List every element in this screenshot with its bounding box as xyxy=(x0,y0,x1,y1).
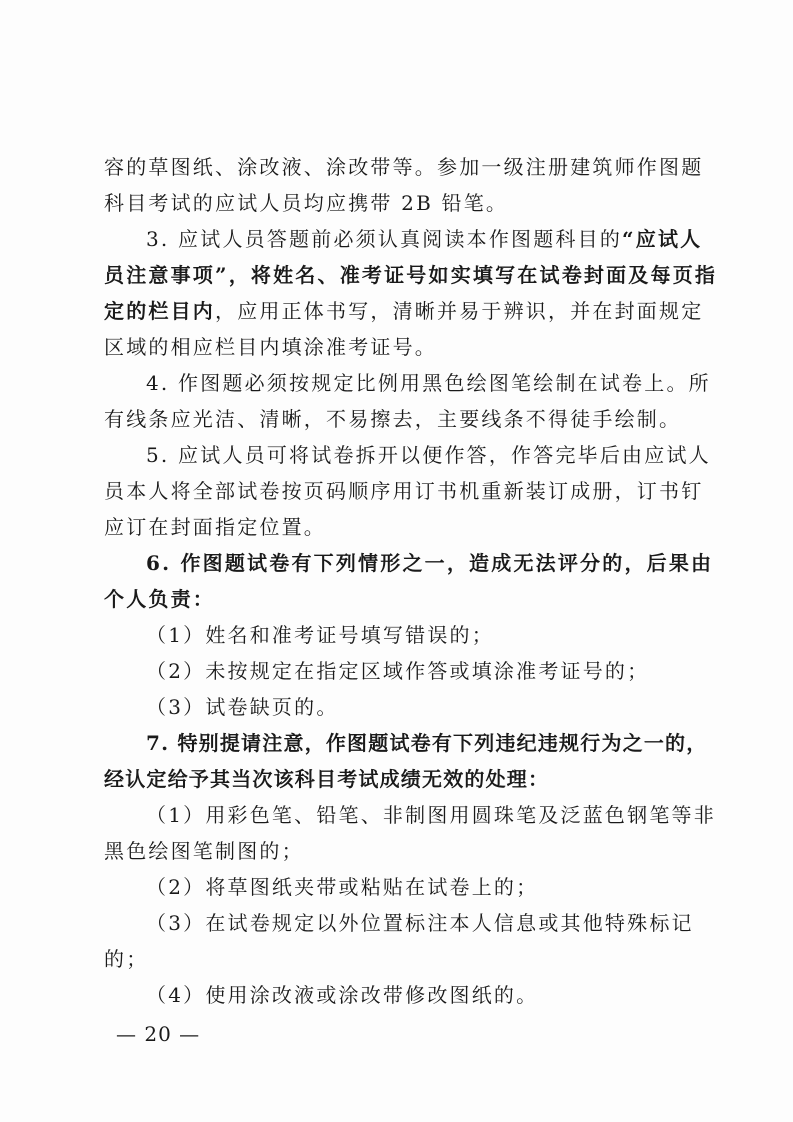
document-page: 容的草图纸、涂改液、涂改带等。参加一级注册建筑师作图题 科目考试的应试人员均应携… xyxy=(0,0,793,1122)
paragraph-4-line: 4. 作图题必须按规定比例用黑色绘图笔绘制在试卷上。所 xyxy=(146,369,746,397)
list-item: （2）未按规定在指定区域作答或填涂准考证号的； xyxy=(146,657,746,685)
paragraph-7-heading: 经认定给予其当次该科目考试成绩无效的处理： xyxy=(104,765,704,793)
text-bold: 定的栏目内 xyxy=(104,299,215,323)
list-item-continuation: 的； xyxy=(104,945,704,973)
text-normal: 3. 应试人员答题前必须认真阅读本作图题科目的 xyxy=(146,227,622,251)
paragraph-3-line-1: 3. 应试人员答题前必须认真阅读本作图题科目的“应试人 xyxy=(146,225,746,253)
paragraph-5-line: 5. 应试人员可将试卷拆开以便作答，作答完毕后由应试人 xyxy=(146,441,746,469)
list-item: （1）用彩色笔、铅笔、非制图用圆珠笔及泛蓝色钢笔等非 xyxy=(146,801,746,829)
paragraph-7-heading: 7. 特别提请注意，作图题试卷有下列违纪违规行为之一的， xyxy=(146,729,746,757)
list-item-continuation: 黑色绘图笔制图的； xyxy=(104,837,704,865)
list-item: （4）使用涂改液或涂改带修改图纸的。 xyxy=(146,981,746,1009)
paragraph-4-line: 有线条应光洁、清晰，不易擦去，主要线条不得徒手绘制。 xyxy=(104,405,704,433)
paragraph-3-line-4: 区域的相应栏目内填涂准考证号。 xyxy=(104,333,704,361)
list-item: （1）姓名和准考证号填写错误的； xyxy=(146,621,746,649)
list-item: （3）在试卷规定以外位置标注本人信息或其他特殊标记 xyxy=(146,909,746,937)
paragraph-3-line-3: 定的栏目内，应用正体书写，清晰并易于辨识，并在封面规定 xyxy=(104,297,704,325)
paragraph-6-heading: 个人负责： xyxy=(104,585,704,613)
list-item: （2）将草图纸夹带或粘贴在试卷上的； xyxy=(146,873,746,901)
list-item: （3）试卷缺页的。 xyxy=(146,693,746,721)
text-line: 科目考试的应试人员均应携带 2B 铅笔。 xyxy=(104,189,704,217)
text-normal: ，应用正体书写，清晰并易于辨识，并在封面规定 xyxy=(215,299,703,323)
page-number: — 20 — xyxy=(116,1022,200,1046)
paragraph-3-line-2: 员注意事项”，将姓名、准考证号如实填写在试卷封面及每页指 xyxy=(104,261,704,289)
paragraph-5-line: 员本人将全部试卷按页码顺序用订书机重新装订成册，订书钉 xyxy=(104,477,704,505)
paragraph-6-heading: 6. 作图题试卷有下列情形之一，造成无法评分的，后果由 xyxy=(146,549,746,577)
text-bold: “应试人 xyxy=(622,227,702,251)
text-line: 容的草图纸、涂改液、涂改带等。参加一级注册建筑师作图题 xyxy=(104,153,704,181)
paragraph-5-line: 应订在封面指定位置。 xyxy=(104,513,704,541)
